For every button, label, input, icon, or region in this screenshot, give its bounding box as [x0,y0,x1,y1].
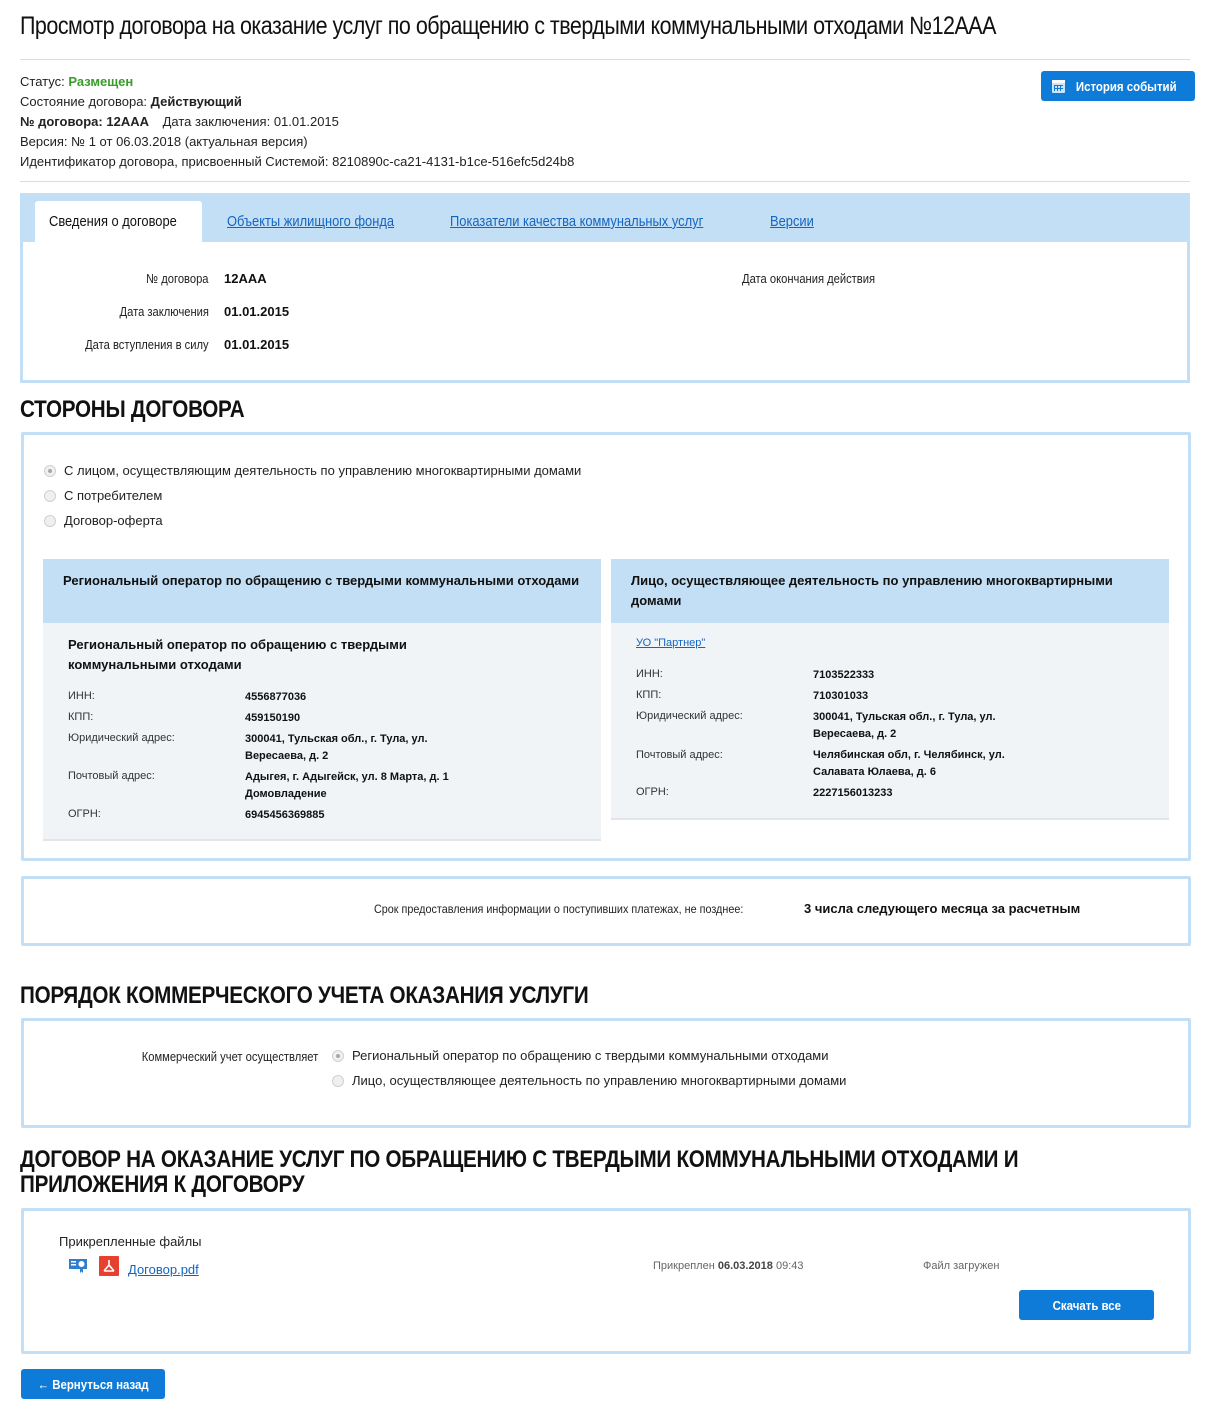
payments-deadline-value: 3 числа следующего месяца за расчетным [804,901,1080,916]
radio-metering-management[interactable]: Лицо, осуществляющее деятельность по упр… [332,1073,846,1088]
field-label-number: № договора [136,271,209,286]
history-button[interactable]: История событий [1041,71,1195,101]
contract-id: 8210890c-ca21-4131-b1ce-516efc5d24b8 [332,154,574,169]
field-label-end-date: Дата окончания действия [742,271,897,286]
payments-deadline-box: Срок предоставления информации о поступи… [21,876,1191,946]
party-card-regional-operator: Региональный оператор по обращению с тве… [43,559,601,841]
radio-icon [44,515,56,527]
legal-address-value: 300041, Тульская обл., г. Тула, ул. Вере… [245,731,475,765]
ogrn-value: 6945456369885 [245,807,325,824]
card-header: Региональный оператор по обращению с тве… [43,559,601,623]
contract-number: 12AAA [106,114,149,129]
id-line: Идентификатор договора, присвоенный Сист… [20,152,574,172]
organization-link[interactable]: УО "Партнер" [636,637,705,649]
radio-party-type-consumer[interactable]: С потребителем [44,488,162,503]
field-value-number: 12AAA [224,271,267,286]
postal-address-value: Челябинская обл, г. Челябинск, ул. Салав… [813,747,1043,781]
contract-tabs-panel: Сведения о договоре Объекты жилищного фо… [20,193,1190,383]
pdf-icon [99,1256,119,1276]
status-line: Статус: Размещен [20,72,574,92]
number-line: № договора: 12AAA Дата заключения: 01.01… [20,112,574,132]
party-card-management-company: Лицо, осуществляющее деятельность по упр… [611,559,1169,820]
field-value-effective: 01.01.2015 [224,337,289,352]
section-heading-metering: ПОРЯДОК КОММЕРЧЕСКОГО УЧЕТА ОКАЗАНИЯ УСЛ… [20,983,588,1008]
conclusion-date: 01.01.2015 [274,114,339,129]
ogrn-value: 2227156013233 [813,785,893,802]
download-all-button[interactable]: Скачать все [1019,1290,1154,1320]
section-heading-documents: ДОГОВОР НА ОКАЗАНИЕ УСЛУГ ПО ОБРАЩЕНИЮ С… [20,1147,1018,1197]
card-header: Лицо, осуществляющее деятельность по упр… [611,559,1169,623]
version-line: Версия: № 1 от 06.03.2018 (актуальная ве… [20,132,574,152]
tab-bar: Сведения о договоре Объекты жилищного фо… [23,193,1187,242]
tab-housing-objects[interactable]: Объекты жилищного фонда [227,201,421,242]
file-attached-info: Прикреплен 06.03.2018 09:43 [653,1260,804,1272]
section-heading-parties: СТОРОНЫ ДОГОВОРА [20,397,244,422]
radio-icon [332,1075,344,1087]
metering-label: Коммерческий учет осуществляет [113,1049,318,1064]
documents-box: Прикрепленные файлы Договор.pdf Прикрепл… [21,1208,1191,1354]
radio-icon [44,490,56,502]
kpp-value: 710301033 [813,688,868,705]
tab-versions[interactable]: Версии [770,201,821,242]
radio-metering-regional-operator[interactable]: Региональный оператор по обращению с тве… [332,1048,829,1063]
back-button[interactable]: ← Вернуться назад [21,1369,165,1399]
divider [20,59,1190,60]
status-badge: Размещен [68,74,133,89]
parties-box: С лицом, осуществляющим деятельность по … [21,432,1191,861]
field-label-effective: Дата вступления в силу [65,337,209,352]
tab-quality-indicators[interactable]: Показатели качества коммунальных услуг [450,201,745,242]
attached-files-label: Прикрепленные файлы [59,1234,202,1249]
calendar-icon [1052,80,1065,93]
field-value-conclusion: 01.01.2015 [224,304,289,319]
state-line: Состояние договора: Действующий [20,92,574,112]
radio-icon [44,465,56,477]
legal-address-value: 300041, Тульская обл., г. Тула, ул. Вере… [813,709,1043,743]
radio-party-type-offer[interactable]: Договор-оферта [44,513,163,528]
page-title: Просмотр договора на оказание услуг по о… [20,12,996,41]
payments-deadline-label: Срок предоставления информации о поступи… [374,902,743,916]
metering-box: Коммерческий учет осуществляет Региональ… [21,1018,1191,1128]
postal-address-value: Адыгея, г. Адыгейск, ул. 8 Марта, д. 1 Д… [245,769,485,803]
divider [20,181,1190,182]
field-label-conclusion: Дата заключения [105,304,209,319]
kpp-value: 459150190 [245,710,300,727]
tab-contract-info[interactable]: Сведения о договоре [35,201,202,242]
file-link[interactable]: Договор.pdf [128,1262,199,1277]
certificate-icon[interactable] [69,1259,87,1273]
file-status: Файл загружен [923,1260,999,1272]
inn-value: 4556877036 [245,689,306,706]
contract-meta: Статус: Размещен Состояние договора: Дей… [20,72,574,172]
state-value: Действующий [151,94,242,109]
radio-icon [332,1050,344,1062]
party-name: Региональный оператор по обращению с тве… [68,635,468,675]
radio-party-type-management[interactable]: С лицом, осуществляющим деятельность по … [44,463,581,478]
inn-value: 7103522333 [813,667,874,684]
